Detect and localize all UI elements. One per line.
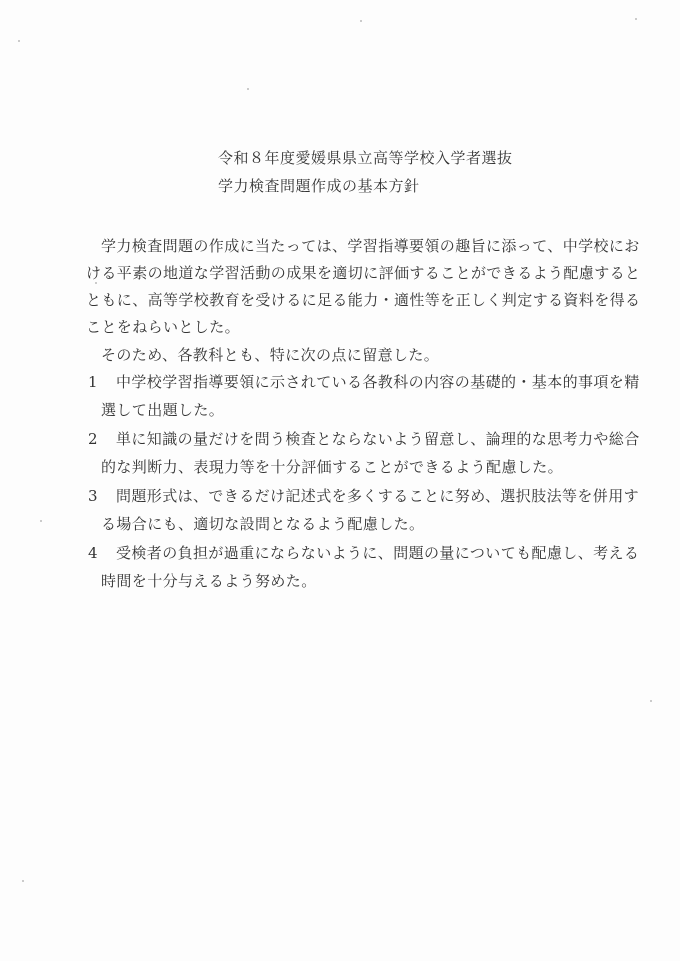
item-2-text: 単に知識の量だけを問う検査とならないよう留意し、論理的な思考力や総合 bbox=[116, 430, 640, 448]
scan-speck bbox=[635, 18, 637, 20]
item-4-line-2: 時間を十分与えるよう努めた。 bbox=[101, 570, 317, 591]
document-title-line2: 学力検査問題作成の基本方針 bbox=[218, 175, 420, 196]
item-2-number: 2 bbox=[88, 430, 116, 448]
scan-speck bbox=[22, 880, 24, 882]
scan-speck bbox=[650, 700, 652, 702]
item-3-text: 問題形式は、できるだけ記述式を多くすることに努め、選択肢法等を併用す bbox=[116, 487, 639, 505]
item-2-line-2: 的な判断力、表現力等を十分評価することができるよう配慮した。 bbox=[101, 456, 563, 477]
lead-line: そのため、各教科とも、特に次の点に留意した。 bbox=[101, 344, 439, 365]
item-2-line-1: 2単に知識の量だけを問う検査とならないよう留意し、論理的な思考力や総合 bbox=[88, 428, 640, 449]
document-title-line1: 令和８年度愛媛県県立高等学校入学者選抜 bbox=[218, 147, 513, 168]
item-1-line-1: 1中学校学習指導要領に示されている各教科の内容の基礎的・基本的事項を精 bbox=[88, 371, 640, 392]
intro-line-3: ともに、高等学校教育を受けるに足る能力・適性等を正しく判定する資料を得る bbox=[86, 289, 640, 310]
scan-speck bbox=[40, 520, 42, 522]
item-4-line-1: 4受検者の負担が過重にならないように、問題の量についても配慮し、考える bbox=[88, 542, 639, 563]
scan-speck bbox=[95, 282, 97, 284]
scan-speck bbox=[247, 88, 249, 90]
document-page: 令和８年度愛媛県県立高等学校入学者選抜 学力検査問題作成の基本方針 学力検査問題… bbox=[0, 0, 680, 961]
item-3-number: 3 bbox=[88, 487, 116, 505]
intro-line-4: ことをねらいとした。 bbox=[86, 316, 240, 337]
item-1-line-2: 選して出題した。 bbox=[101, 399, 224, 420]
scan-speck bbox=[360, 20, 362, 22]
intro-line-1: 学力検査問題の作成に当たっては、学習指導要領の趣旨に添って、中学校にお bbox=[101, 235, 640, 256]
item-3-line-1: 3問題形式は、できるだけ記述式を多くすることに努め、選択肢法等を併用す bbox=[88, 485, 639, 506]
scan-speck bbox=[18, 40, 20, 42]
item-3-line-2: る場合にも、適切な設問となるよう配慮した。 bbox=[101, 513, 424, 534]
item-1-text: 中学校学習指導要領に示されている各教科の内容の基礎的・基本的事項を精 bbox=[116, 373, 640, 391]
intro-line-2: ける平素の地道な学習活動の成果を適切に評価することができるよう配慮すると bbox=[86, 262, 640, 283]
item-4-number: 4 bbox=[88, 544, 116, 562]
item-4-text: 受検者の負担が過重にならないように、問題の量についても配慮し、考える bbox=[116, 544, 639, 562]
item-1-number: 1 bbox=[88, 373, 116, 391]
